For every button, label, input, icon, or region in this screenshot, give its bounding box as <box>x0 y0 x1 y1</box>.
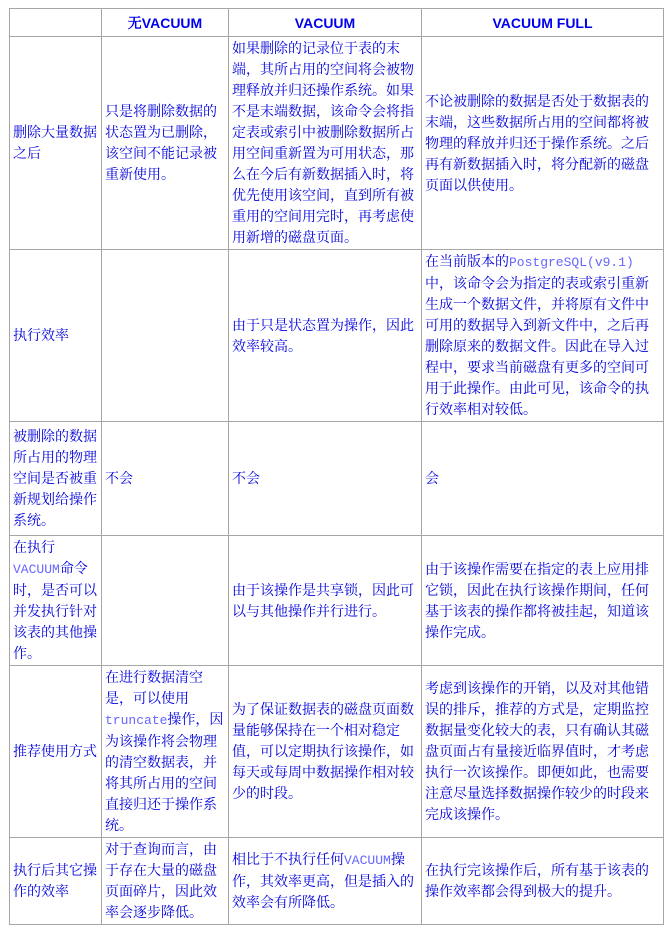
cell-vacuum: 相比于不执行任何VACUUM操作，其效率更高，但是插入的效率会有所降低。 <box>229 838 422 925</box>
cell-no-vacuum: 在进行数据清空是，可以使用truncate操作，因为该操作将会物理的清空数据表，… <box>102 666 229 838</box>
header-cell-vacuum-full: VACUUM FULL <box>422 9 664 37</box>
text-run: 在进行数据清空是，可以使用 <box>105 669 203 706</box>
text-run: 考虑到该操作的开销，以及对其他错误的排斥，推荐的方式是，定期监控数据量变化较大的… <box>425 680 649 822</box>
table-row: 推荐使用方式在进行数据清空是，可以使用truncate操作，因为该操作将会物理的… <box>10 666 664 838</box>
code-span: PostgreSQL(v9.1) <box>509 255 634 270</box>
cell-vacuum-full: 会 <box>422 422 664 536</box>
header-cell-vacuum: VACUUM <box>229 9 422 37</box>
text-run: 删除大量数据之后 <box>13 124 97 161</box>
cell-vacuum-full: 考虑到该操作的开销，以及对其他错误的排斥，推荐的方式是，定期监控数据量变化较大的… <box>422 666 664 838</box>
table-row: 在执行VACUUM命令时，是否可以并发执行针对该表的其他操作。由于该操作是共享锁… <box>10 536 664 666</box>
table-row: 被删除的数据所占用的物理空间是否被重新规划给操作系统。不会不会会 <box>10 422 664 536</box>
header-cell-no-vacuum: 无VACUUM <box>102 9 229 37</box>
text-run: 执行效率 <box>13 327 69 343</box>
text-run: 推荐使用方式 <box>13 743 97 759</box>
row-label: 执行效率 <box>10 250 102 422</box>
code-span: truncate <box>105 713 167 728</box>
cell-vacuum: 由于只是状态置为操作，因此效率较高。 <box>229 250 422 422</box>
row-label: 被删除的数据所占用的物理空间是否被重新规划给操作系统。 <box>10 422 102 536</box>
text-run: 不论被删除的数据是否处于数据表的末端，这些数据所占用的空间都将被物理的释放并归还… <box>425 93 649 193</box>
table-row: 执行效率由于只是状态置为操作，因此效率较高。在当前版本的PostgreSQL(v… <box>10 250 664 422</box>
cell-no-vacuum <box>102 250 229 422</box>
row-label: 推荐使用方式 <box>10 666 102 838</box>
cell-no-vacuum: 不会 <box>102 422 229 536</box>
row-label: 在执行VACUUM命令时，是否可以并发执行针对该表的其他操作。 <box>10 536 102 666</box>
text-run: 中，该命令会为指定的表或索引重新生成一个数据文件，并将原有文件中可用的数据导入到… <box>425 275 649 417</box>
cell-vacuum: 如果删除的记录位于表的末端，其所占用的空间将会被物理释放并归还操作系统。如果不是… <box>229 37 422 250</box>
row-label: 删除大量数据之后 <box>10 37 102 250</box>
text-run: 会 <box>425 470 439 486</box>
text-run: 相比于不执行任何 <box>232 851 344 867</box>
cell-vacuum: 不会 <box>229 422 422 536</box>
code-span: VACUUM <box>344 853 391 868</box>
page: 无VACUUM VACUUM VACUUM FULL 删除大量数据之后只是将删除… <box>0 0 672 847</box>
header-cell-empty <box>10 9 102 37</box>
text-run: 不会 <box>105 470 133 486</box>
text-run: 被删除的数据所占用的物理空间是否被重新规划给操作系统。 <box>13 428 97 528</box>
code-span: VACUUM <box>13 562 60 577</box>
header-row: 无VACUUM VACUUM VACUUM FULL <box>10 9 664 37</box>
table-row: 删除大量数据之后只是将删除数据的状态置为已删除，该空间不能记录被重新使用。如果删… <box>10 37 664 250</box>
text-run: 由于该操作需要在指定的表上应用排它锁，因此在执行该操作期间，任何基于该表的操作都… <box>425 561 649 640</box>
vacuum-comparison-table: 无VACUUM VACUUM VACUUM FULL 删除大量数据之后只是将删除… <box>9 8 664 925</box>
text-run: 执行后其它操作的效率 <box>13 862 97 899</box>
cell-vacuum: 由于该操作是共享锁，因此可以与其他操作并行进行。 <box>229 536 422 666</box>
text-run: 在执行 <box>13 539 55 555</box>
cell-no-vacuum: 对于查询而言，由于存在大量的磁盘页面碎片，因此效率会逐步降低。 <box>102 838 229 925</box>
text-run: 由于该操作是共享锁，因此可以与其他操作并行进行。 <box>232 582 414 619</box>
table-row: 执行后其它操作的效率对于查询而言，由于存在大量的磁盘页面碎片，因此效率会逐步降低… <box>10 838 664 925</box>
cell-vacuum-full: 由于该操作需要在指定的表上应用排它锁，因此在执行该操作期间，任何基于该表的操作都… <box>422 536 664 666</box>
text-run: 为了保证数据表的磁盘页面数量能够保持在一个相对稳定值，可以定期执行该操作，如每天… <box>232 701 414 801</box>
text-run: 在当前版本的 <box>425 253 509 269</box>
text-run: 由于只是状态置为操作，因此效率较高。 <box>232 317 414 354</box>
cell-vacuum: 为了保证数据表的磁盘页面数量能够保持在一个相对稳定值，可以定期执行该操作，如每天… <box>229 666 422 838</box>
text-run: 只是将删除数据的状态置为已删除，该空间不能记录被重新使用。 <box>105 103 217 182</box>
table-body: 删除大量数据之后只是将删除数据的状态置为已删除，该空间不能记录被重新使用。如果删… <box>10 37 664 925</box>
text-run: 在执行完该操作后，所有基于该表的操作效率都会得到极大的提升。 <box>425 862 649 899</box>
cell-no-vacuum: 只是将删除数据的状态置为已删除，该空间不能记录被重新使用。 <box>102 37 229 250</box>
cell-vacuum-full: 在当前版本的PostgreSQL(v9.1)中，该命令会为指定的表或索引重新生成… <box>422 250 664 422</box>
cell-no-vacuum <box>102 536 229 666</box>
text-run: 操作，因为该操作将会物理的清空数据表，并将其所占用的空间直接归还于操作系统。 <box>105 711 223 833</box>
cell-vacuum-full: 在执行完该操作后，所有基于该表的操作效率都会得到极大的提升。 <box>422 838 664 925</box>
text-run: 如果删除的记录位于表的末端，其所占用的空间将会被物理释放并归还操作系统。如果不是… <box>232 40 414 245</box>
text-run: 不会 <box>232 470 260 486</box>
text-run: 对于查询而言，由于存在大量的磁盘页面碎片，因此效率会逐步降低。 <box>105 841 217 920</box>
row-label: 执行后其它操作的效率 <box>10 838 102 925</box>
cell-vacuum-full: 不论被删除的数据是否处于数据表的末端，这些数据所占用的空间都将被物理的释放并归还… <box>422 37 664 250</box>
